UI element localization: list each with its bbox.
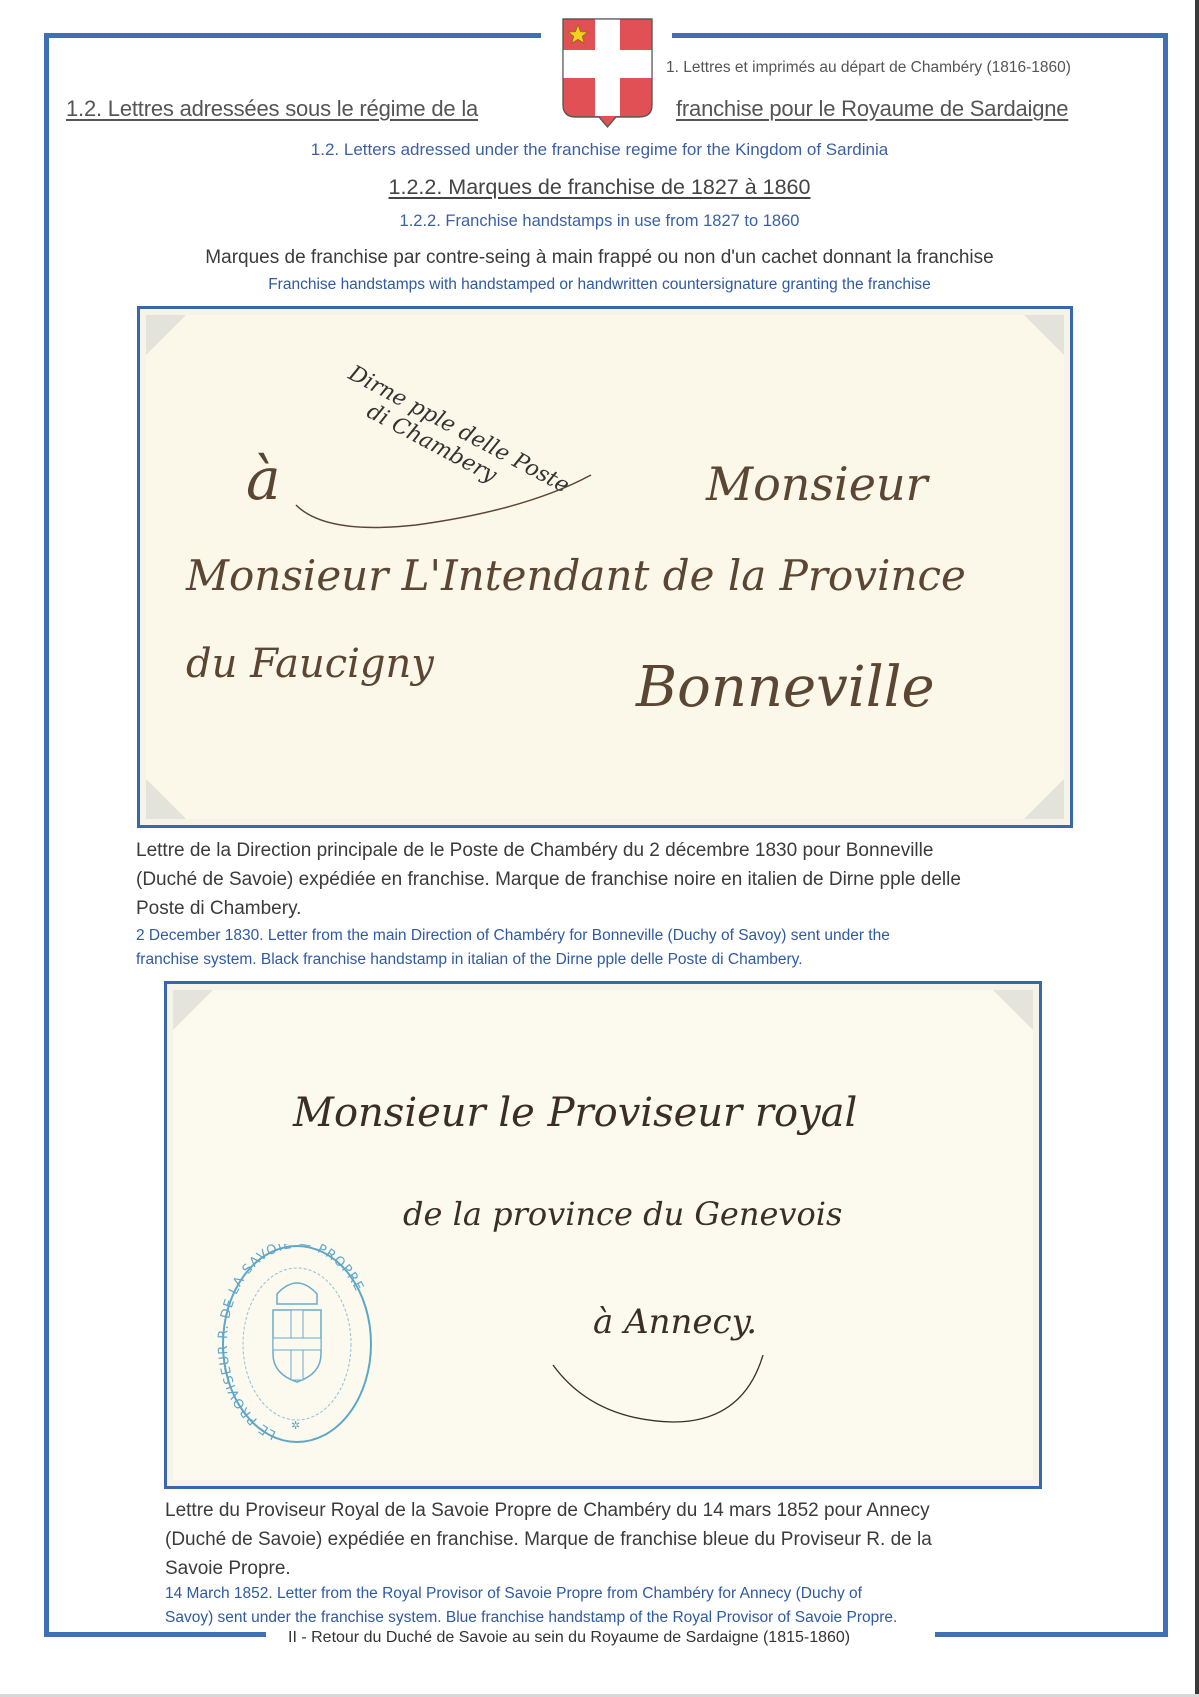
letter-2-caption-fr: Lettre du Proviseur Royal de la Savoie P… bbox=[165, 1496, 932, 1583]
frame-bottom-right bbox=[935, 1632, 1168, 1637]
address-line-3: à Annecy. bbox=[593, 1302, 757, 1342]
section-title-english: 1.2.2. Franchise handstamps in use from … bbox=[0, 212, 1199, 231]
mount-corner bbox=[993, 990, 1033, 1030]
caption-line: 2 December 1830. Letter from the main Di… bbox=[136, 924, 890, 948]
frame-left bbox=[44, 33, 49, 1637]
frame-top-right bbox=[672, 33, 1168, 38]
frame-bottom-left bbox=[44, 1632, 266, 1637]
blue-oval-seal-icon: LE PROVISEUR R. DE LA SAVOIE — PROPRE ✲ bbox=[217, 1244, 377, 1454]
mount-corner bbox=[146, 779, 186, 819]
page-title-left: 1.2. Lettres adressées sous le régime de… bbox=[66, 96, 478, 122]
savoy-coat-of-arms-icon bbox=[561, 17, 654, 132]
address-line-2: de la province du Genevois bbox=[403, 1195, 842, 1233]
mount-corner bbox=[173, 990, 213, 1030]
series-title: 1. Lettres et imprimés au départ de Cham… bbox=[666, 59, 1071, 77]
caption-line: Lettre du Proviseur Royal de la Savoie P… bbox=[165, 1496, 932, 1525]
letter-paper: Dirne pple delle Poste di Chambery à Mon… bbox=[146, 315, 1064, 819]
caption-line: franchise system. Black franchise handst… bbox=[136, 948, 890, 972]
page-title-right: franchise pour le Royaume de Sardaigne bbox=[676, 96, 1068, 122]
address-line-4: Bonneville bbox=[636, 655, 935, 720]
caption-line: Savoie Propre. bbox=[165, 1554, 932, 1583]
address-flourish bbox=[266, 455, 596, 535]
address-line-3: du Faucigny bbox=[186, 641, 434, 687]
frame-right bbox=[1163, 33, 1168, 1637]
description: Marques de franchise par contre-seing à … bbox=[0, 247, 1199, 269]
frame-top-left bbox=[44, 33, 541, 38]
caption-line: Lettre de la Direction principale de le … bbox=[136, 836, 961, 865]
mount-corner bbox=[1024, 315, 1064, 355]
letter-2-caption-en: 14 March 1852. Letter from the Royal Pro… bbox=[165, 1582, 897, 1630]
address-line-1: Monsieur bbox=[706, 457, 928, 511]
address-line-1: Monsieur le Proviseur royal bbox=[293, 1090, 857, 1136]
letter-1-caption-en: 2 December 1830. Letter from the main Di… bbox=[136, 924, 890, 972]
section-title: 1.2.2. Marques de franchise de 1827 à 18… bbox=[0, 175, 1199, 200]
letter-1-caption-fr: Lettre de la Direction principale de le … bbox=[136, 836, 961, 923]
letter-cover-1830: Dirne pple delle Poste di Chambery à Mon… bbox=[137, 306, 1073, 828]
caption-line: Poste di Chambery. bbox=[136, 894, 961, 923]
page-footer: II - Retour du Duché de Savoie au sein d… bbox=[288, 1629, 850, 1647]
svg-text:✲: ✲ bbox=[291, 1419, 300, 1432]
letter-paper: LE PROVISEUR R. DE LA SAVOIE — PROPRE ✲ … bbox=[173, 990, 1033, 1480]
caption-line: Savoy) sent under the franchise system. … bbox=[165, 1606, 897, 1630]
letter-cover-1852: LE PROVISEUR R. DE LA SAVOIE — PROPRE ✲ … bbox=[164, 981, 1042, 1489]
page-title-english: 1.2. Letters adressed under the franchis… bbox=[0, 140, 1199, 160]
address-line-2: Monsieur L'Intendant de la Province bbox=[186, 551, 966, 600]
caption-line: (Duché de Savoie) expédiée en franchise.… bbox=[136, 865, 961, 894]
mount-corner bbox=[1024, 779, 1064, 819]
description-english: Franchise handstamps with handstamped or… bbox=[0, 276, 1199, 294]
caption-line: 14 March 1852. Letter from the Royal Pro… bbox=[165, 1582, 897, 1606]
address-flourish bbox=[533, 1350, 793, 1430]
mount-corner bbox=[146, 315, 186, 355]
caption-line: (Duché de Savoie) expédiée en franchise.… bbox=[165, 1525, 932, 1554]
